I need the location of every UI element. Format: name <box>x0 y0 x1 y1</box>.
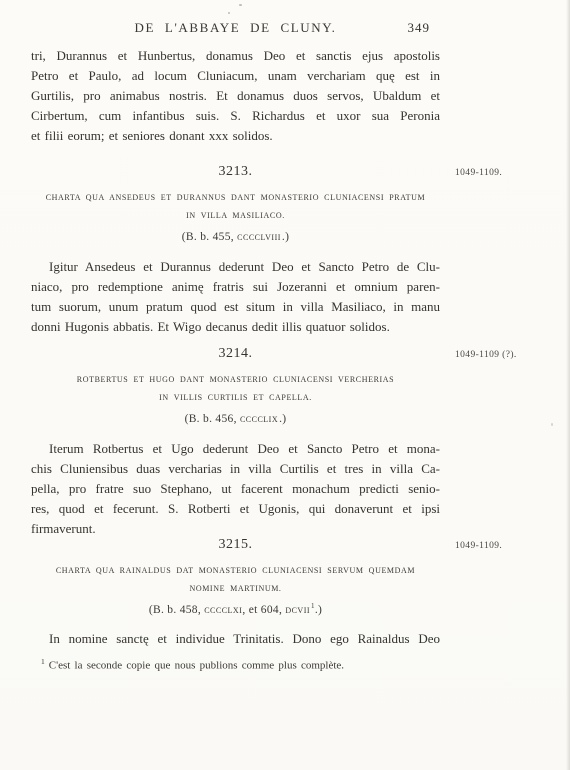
reference-text: .) <box>279 413 286 425</box>
charter-number: 3213. <box>31 164 440 180</box>
caption-line: NOMINE MARTINUM. <box>31 580 440 598</box>
charter-body: Iterum Rotbertus et Ugo dederunt Deo et … <box>31 439 440 539</box>
text-line: Gurtilis, pro animabus nostris. Et donam… <box>31 86 440 106</box>
charter-reference: (B. b. 456, cccclix.) <box>31 408 440 426</box>
charter-section-3215: 3215. CHARTA QUA RAINALDUS DAT MONASTERI… <box>31 537 440 650</box>
running-header-title: DE L'ABBAYE DE CLUNY. <box>31 20 440 36</box>
reference-roman-numeral: cccclix <box>240 413 278 425</box>
text-line: chis Cluniensibus duas vercharias in vil… <box>31 459 440 479</box>
running-header: DE L'ABBAYE DE CLUNY. 349 <box>31 20 440 36</box>
text-line: tri, Durannus et Hunbertus, donamus Deo … <box>31 46 440 66</box>
margin-date-note: 1049-1109. <box>455 168 570 178</box>
caption-line: CHARTA QUA ANSEDEUS ET DURANNUS DANT MON… <box>31 189 440 207</box>
text-line: niaco, pro redemptione animę fratris sui… <box>31 277 440 297</box>
caption-line: IN VILLIS CURTILIS ET CAPELLA. <box>31 389 440 407</box>
page-number: 349 <box>408 20 431 36</box>
scan-artifact <box>228 12 230 14</box>
reference-text: .) <box>315 603 322 615</box>
reference-roman-numeral: cccclxi <box>204 603 242 615</box>
reference-roman-numeral: dcvii <box>285 603 310 615</box>
text-line: Iterum Rotbertus et Ugo dederunt Deo et … <box>31 439 440 459</box>
text-block: DE L'ABBAYE DE CLUNY. 349 tri, Durannus … <box>31 20 440 674</box>
text-line: et filii eorum; et seniores donant xxx s… <box>31 126 440 146</box>
caption-line: IN VILLA MASILIACO. <box>31 207 440 225</box>
text-line: Cirbertum, cum infantibus suis. S. Richa… <box>31 106 440 126</box>
text-line: Igitur Ansedeus et Durannus dederunt Deo… <box>31 257 440 277</box>
reference-text: , et 604, <box>242 603 285 615</box>
charter-caption: ROTBERTUS ET HUGO DANT MONASTERIO CLUNIA… <box>31 371 440 407</box>
charter-number: 3214. <box>31 346 440 362</box>
charter-caption: CHARTA QUA ANSEDEUS ET DURANNUS DANT MON… <box>31 189 440 225</box>
reference-text: (B. b. 455, <box>182 231 237 243</box>
margin-date-note: 1049-1109 (?). <box>455 350 570 360</box>
reference-text: (B. b. 456, <box>185 413 240 425</box>
charter-section-3214: 3214. ROTBERTUS ET HUGO DANT MONASTERIO … <box>31 346 440 539</box>
charter-reference: (B. b. 455, cccclviii.) <box>31 226 440 244</box>
footnote-marker: 1 <box>41 657 45 666</box>
charter-body: Igitur Ansedeus et Durannus dederunt Deo… <box>31 257 440 337</box>
reference-roman-numeral: cccclviii <box>237 231 281 243</box>
scan-artifact <box>239 4 242 6</box>
reference-text: (B. b. 458, <box>149 603 204 615</box>
text-line: In nomine sanctę et individue Trinitatis… <box>31 629 440 649</box>
margin-date-note: 1049-1109. <box>455 541 570 551</box>
page-edge-shadow <box>566 0 570 770</box>
text-line: pella, pro fratre suo Stephano, ut facer… <box>31 479 440 499</box>
charter-body: In nomine sanctę et individue Trinitatis… <box>31 629 440 649</box>
reference-text: .) <box>282 231 289 243</box>
text-line: donni Hugonis abbatis. Et Wigo decanus d… <box>31 317 440 337</box>
charter-caption: CHARTA QUA RAINALDUS DAT MONASTERIO CLUN… <box>31 562 440 598</box>
scan-artifact <box>551 423 553 426</box>
charter-number: 3215. <box>31 537 440 553</box>
book-page-scan: DE L'ABBAYE DE CLUNY. 349 tri, Durannus … <box>0 0 570 770</box>
text-line: firmaverunt. <box>31 519 440 539</box>
caption-line: ROTBERTUS ET HUGO DANT MONASTERIO CLUNIA… <box>31 371 440 389</box>
charter-section-3213: 3213. CHARTA QUA ANSEDEUS ET DURANNUS DA… <box>31 164 440 337</box>
text-line: tum suorum, unum pratum quod est situm i… <box>31 297 440 317</box>
footnote: 1C'est la seconde copie que nous publion… <box>31 654 440 674</box>
caption-line: CHARTA QUA RAINALDUS DAT MONASTERIO CLUN… <box>31 562 440 580</box>
paragraph-continuation: tri, Durannus et Hunbertus, donamus Deo … <box>31 46 440 146</box>
charter-reference: (B. b. 458, cccclxi, et 604, dcvii1.) <box>31 599 440 617</box>
footnote-text: C'est la seconde copie que nous publions… <box>49 660 344 672</box>
text-line: Petro et Paulo, ad locum Cluniacum, unam… <box>31 66 440 86</box>
text-line: res, quod et fecerunt. S. Rotberti et Ug… <box>31 499 440 519</box>
